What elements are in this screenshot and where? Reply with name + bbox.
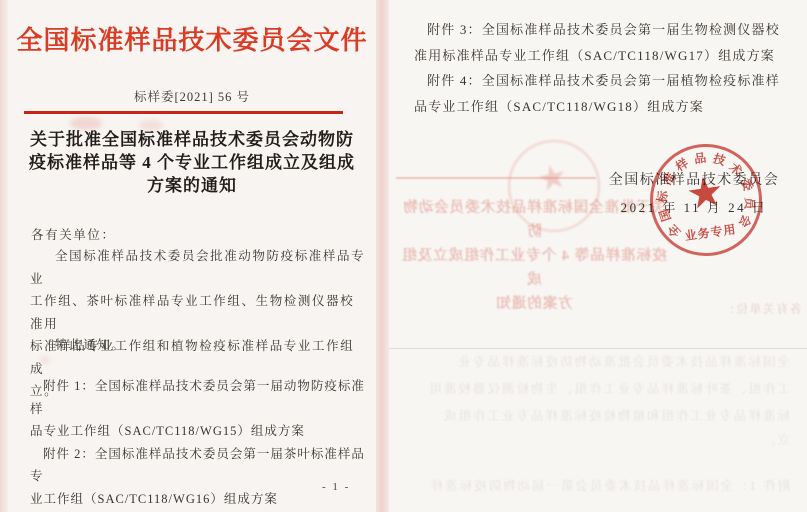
scan-artifact-line xyxy=(389,348,807,349)
document-title: 关于批准全国标准样品技术委员会动物防 疫标准样品等 4 个专业工作组成立及组成 … xyxy=(20,128,364,197)
document-red-header: 全国标准样品技术委员会文件 xyxy=(14,20,370,57)
attachment-2-line-2: 业工作组（SAC/TC118/WG16）组成方案 xyxy=(30,488,368,511)
ink-smudge xyxy=(139,120,163,131)
scanned-document: 全国标准样品技术委员会文件 标样委[2021] 56 号 关于批准全国标准样品技… xyxy=(0,0,807,512)
bleedthrough-title-line: 方案的通知 xyxy=(400,292,668,316)
page-number: - 1 - xyxy=(322,481,350,493)
title-line-2: 疫标准样品等 4 个专业工作组成立及组成 xyxy=(20,151,364,174)
title-line-1: 关于批准全国标准样品技术委员会动物防 xyxy=(20,128,364,151)
attachment-4-line-1: 附件 4：全国标准样品技术委员会第一届植物检疫标准样 xyxy=(414,68,798,94)
ink-smudge xyxy=(40,356,50,364)
bleedthrough-title-line: 疫标准样品等 4 个专业工作组成立及组成 xyxy=(400,244,668,292)
attachment-2-line-1: 附件 2：全国标准样品技术委员会第一届茶叶标准样品专 xyxy=(30,443,368,488)
bleedthrough-body-line: 工作组、茶叶标准样品专业工作组、生物检测仪器校准用 xyxy=(410,379,790,397)
body-line: 工作组、茶叶标准样品专业工作组、生物检测仪器校准用 xyxy=(30,290,366,335)
bleedthrough-body-line: 全国标准样品技术委员会批准动物防疫标准样品专业 xyxy=(410,352,790,370)
attachment-1-line-2: 品专业工作组（SAC/TC118/WG15）组成方案 xyxy=(30,420,368,443)
red-divider-rule xyxy=(24,111,343,114)
attachment-3-line-2: 准用标准样品专业工作组（SAC/TC118/WG17）组成方案 xyxy=(414,43,798,69)
salutation: 各有关单位： xyxy=(31,224,361,247)
bleedthrough-body-line: 附件 1：全国标准样品技术委员会第一届动物防疫标准样 xyxy=(410,476,790,494)
notice-line: 特此通知。 xyxy=(30,334,360,357)
attachments-page1: 附件 1：全国标准样品技术委员会第一届动物防疫标准样 品专业工作组（SAC/TC… xyxy=(30,375,368,510)
body-line: 全国标准样品技术委员会批准动物防疫标准样品专业 xyxy=(30,245,366,290)
title-line-3: 方案的通知 xyxy=(20,174,364,197)
attachment-1-line-1: 附件 1：全国标准样品技术委员会第一届动物防疫标准样 xyxy=(30,375,368,420)
ink-smudge xyxy=(70,117,102,130)
official-seal: 全国标准样品技术委员会 ★ 业务专用 xyxy=(643,137,769,263)
scan-edge-left xyxy=(0,0,8,512)
document-number: 标样委[2021] 56 号 xyxy=(14,87,370,105)
bleedthrough-salutation: 各有关单位： xyxy=(682,300,802,317)
attachment-3-line-1: 附件 3：全国标准样品技术委员会第一届生物检测仪器校 xyxy=(414,17,798,43)
page-gutter xyxy=(376,0,389,512)
bleedthrough-body-line: 立。 xyxy=(410,430,790,448)
attachments-page2: 附件 3：全国标准样品技术委员会第一届生物检测仪器校 准用标准样品专业工作组（S… xyxy=(414,17,798,119)
bleedthrough-body-line: 标准样品专业工作组和植物检疫标准样品专业工作组成 xyxy=(410,406,790,424)
attachment-4-line-2: 品专业工作组（SAC/TC118/WG18）组成方案 xyxy=(414,94,798,120)
